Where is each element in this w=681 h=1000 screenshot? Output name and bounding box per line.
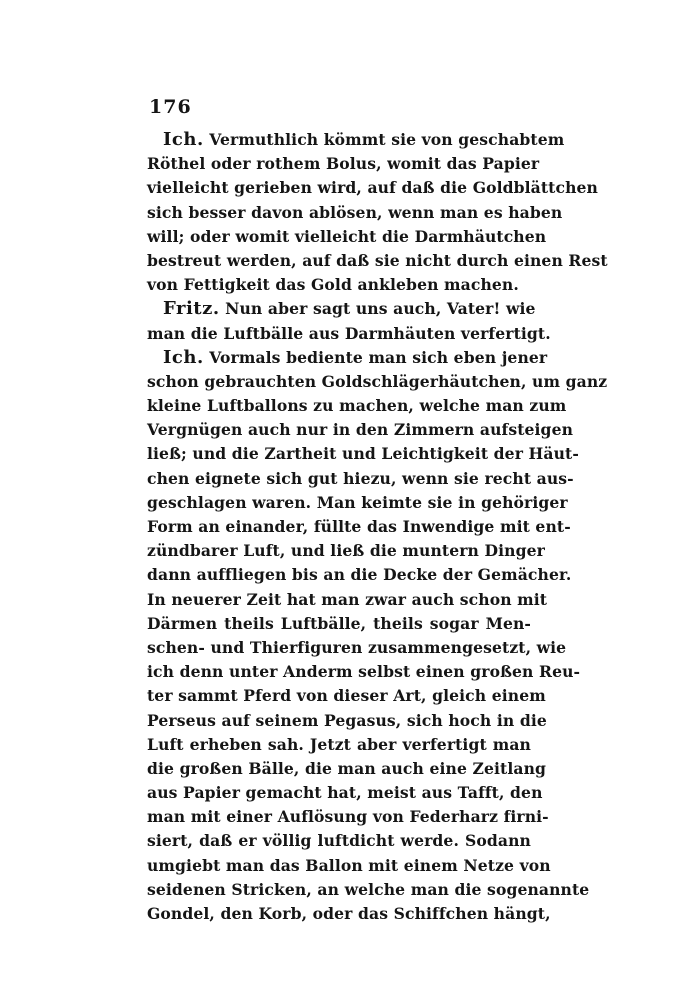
text-line: Perseus auf seinem Pegasus, sich hoch in… [147, 709, 531, 733]
line-text: man die Luftbälle aus Darmhäuten verfert… [147, 324, 551, 343]
line-text: will; oder womit vielleicht die Darmhäut… [147, 227, 546, 246]
text-line: kleine Luftballons zu machen, welche man… [147, 394, 531, 418]
text-line: umgiebt man das Ballon mit einem Netze v… [147, 854, 531, 878]
text-line: sich besser davon ablösen, wenn man es h… [147, 201, 531, 225]
line-text: von Fettigkeit das Gold ankleben machen. [147, 275, 519, 294]
book-page: 176 Ich. Vermuthlich kömmt sie von gesch… [0, 0, 681, 1000]
text-line: Röthel oder rothem Bolus, womit das Papi… [147, 152, 531, 176]
text-line: Ich. Vermuthlich kömmt sie von geschabte… [147, 128, 531, 152]
text-line: bestreut werden, auf daß sie nicht durch… [147, 249, 531, 273]
line-text: Gondel, den Korb, oder das Schiffchen hä… [147, 904, 551, 923]
text-line: geschlagen waren. Man keimte sie in gehö… [147, 491, 531, 515]
text-line: aus Papier gemacht hat, meist aus Tafft,… [147, 781, 531, 805]
line-text: schen- und Thierfiguren zusammengesetzt,… [147, 638, 566, 657]
text-line: dann auffliegen bis an die Decke der Gem… [147, 563, 531, 587]
line-text: Luft erheben sah. Jetzt aber verfertigt … [147, 735, 531, 754]
text-line: seidenen Stricken, an welche man die sog… [147, 878, 531, 902]
line-text: Nun aber sagt uns auch, Vater! wie [225, 299, 535, 318]
line-text: In neuerer Zeit hat man zwar auch schon … [147, 590, 547, 609]
text-line: ich denn unter Anderm selbst einen große… [147, 660, 531, 684]
text-line: Fritz. Nun aber sagt uns auch, Vater! wi… [147, 297, 531, 321]
line-text: seidenen Stricken, an welche man die sog… [147, 880, 589, 899]
text-line: chen eignete sich gut hiezu, wenn sie re… [147, 467, 531, 491]
text-line: Luft erheben sah. Jetzt aber verfertigt … [147, 733, 531, 757]
line-text: geschlagen waren. Man keimte sie in gehö… [147, 493, 568, 512]
text-line: die großen Bälle, die man auch eine Zeit… [147, 757, 531, 781]
line-text: kleine Luftballons zu machen, welche man… [147, 396, 566, 415]
text-line: von Fettigkeit das Gold ankleben machen. [147, 273, 531, 297]
text-line: Därmen theils Luftbälle, theils sogar Me… [147, 612, 531, 636]
line-text: Vergnügen auch nur in den Zimmern aufste… [147, 420, 573, 439]
line-text: dann auffliegen bis an die Decke der Gem… [147, 565, 571, 584]
line-text: ich denn unter Anderm selbst einen große… [147, 662, 580, 681]
speaker-label: Ich. [163, 129, 204, 150]
line-text: ter sammt Pferd von dieser Art, gleich e… [147, 686, 546, 705]
text-line: Gondel, den Korb, oder das Schiffchen hä… [147, 902, 531, 926]
text-line: man mit einer Auflösung von Federharz fi… [147, 805, 531, 829]
line-text: Röthel oder rothem Bolus, womit das Papi… [147, 154, 539, 173]
line-text: aus Papier gemacht hat, meist aus Tafft,… [147, 783, 543, 802]
line-text: vielleicht gerieben wird, auf daß die Go… [147, 178, 598, 197]
line-text: schon gebrauchten Goldschlägerhäutchen, … [147, 372, 607, 391]
line-text: man mit einer Auflösung von Federharz fi… [147, 807, 549, 826]
text-line: will; oder womit vielleicht die Darmhäut… [147, 225, 531, 249]
line-text: zündbarer Luft, und ließ die muntern Din… [147, 541, 545, 560]
text-line: In neuerer Zeit hat man zwar auch schon … [147, 588, 531, 612]
text-line: ließ; und die Zartheit und Leichtigkeit … [147, 442, 531, 466]
text-line: Vergnügen auch nur in den Zimmern aufste… [147, 418, 531, 442]
text-line: schen- und Thierfiguren zusammengesetzt,… [147, 636, 531, 660]
text-line: zündbarer Luft, und ließ die muntern Din… [147, 539, 531, 563]
line-text: Perseus auf seinem Pegasus, sich hoch in… [147, 711, 547, 730]
text-line: schon gebrauchten Goldschlägerhäutchen, … [147, 370, 531, 394]
text-line: Ich. Vormals bediente man sich eben jene… [147, 346, 531, 370]
line-text: umgiebt man das Ballon mit einem Netze v… [147, 856, 551, 875]
text-line: siert, daß er völlig luftdicht werde. So… [147, 829, 531, 853]
page-number: 176 [149, 96, 192, 118]
text-line: man die Luftbälle aus Darmhäuten verfert… [147, 322, 531, 346]
text-line: ter sammt Pferd von dieser Art, gleich e… [147, 684, 531, 708]
line-text: die großen Bälle, die man auch eine Zeit… [147, 759, 546, 778]
speaker-label: Ich. [163, 347, 204, 368]
line-text: Därmen theils Luftbälle, theils sogar Me… [147, 614, 531, 633]
line-text: Vermuthlich kömmt sie von geschabtem [209, 130, 564, 149]
speaker-label: Fritz. [163, 298, 220, 319]
line-text: Vormals bediente man sich eben jener [209, 348, 547, 367]
line-text: ließ; und die Zartheit und Leichtigkeit … [147, 444, 579, 463]
line-text: sich besser davon ablösen, wenn man es h… [147, 203, 562, 222]
line-text: Form an einander, füllte das Inwendige m… [147, 517, 571, 536]
body-text: Ich. Vermuthlich kömmt sie von geschabte… [147, 128, 531, 926]
line-text: bestreut werden, auf daß sie nicht durch… [147, 251, 608, 270]
line-text: chen eignete sich gut hiezu, wenn sie re… [147, 469, 574, 488]
line-text: siert, daß er völlig luftdicht werde. So… [147, 831, 531, 850]
text-line: vielleicht gerieben wird, auf daß die Go… [147, 176, 531, 200]
text-line: Form an einander, füllte das Inwendige m… [147, 515, 531, 539]
